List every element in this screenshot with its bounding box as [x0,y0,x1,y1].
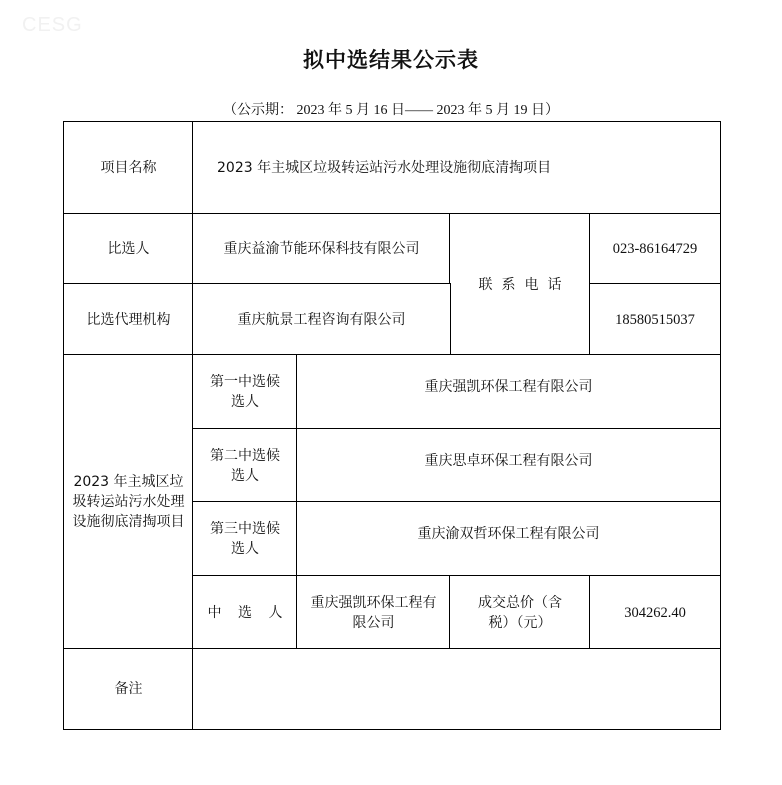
comparer-phone-cell: 023-86164729 [589,213,721,285]
agent-value-cell: 重庆航景工程咨询有限公司 [192,283,451,356]
price-label: 成交总价（含税）（元） [472,593,568,633]
comparer-value: 重庆益渝节能环保科技有限公司 [224,239,420,259]
candidate-1-value: 重庆强凯环保工程有限公司 [425,377,593,397]
winner-label: 中 选 人 [208,603,289,623]
agent-phone: 18580515037 [615,310,695,330]
contact-label-cell: 联系电话 [449,213,591,356]
project-block-label-cell: 2023 年主城区垃圾转运站污水处理设施彻底清掏项目 [63,354,194,650]
page-title: 拟中选结果公示表 [0,44,782,74]
project-name-label-cell: 项目名称 [63,121,194,215]
price-value: 304262.40 [624,603,686,623]
project-block-label: 2023 年主城区垃圾转运站污水处理设施彻底清掏项目 [72,472,185,532]
candidate-3-label: 第三中选候选人 [205,519,285,559]
candidate-2-value: 重庆思卓环保工程有限公司 [425,451,593,471]
remarks-value-cell [192,648,721,730]
winner-label-cell: 中 选 人 [192,575,298,650]
candidate-1-label-cell: 第一中选候选人 [192,354,298,430]
candidate-3-label-cell: 第三中选候选人 [192,501,298,577]
agent-label: 比选代理机构 [87,310,171,330]
remarks-label-cell: 备注 [63,648,194,730]
remarks-label: 备注 [115,679,143,699]
winner-value-cell: 重庆强凯环保工程有限公司 [296,575,451,650]
price-label-cell: 成交总价（含税）（元） [449,575,591,650]
agent-value: 重庆航景工程咨询有限公司 [238,310,406,330]
candidate-1-label: 第一中选候选人 [205,372,285,412]
agent-label-cell: 比选代理机构 [63,283,194,356]
winner-value: 重庆强凯环保工程有限公司 [307,593,440,633]
candidate-2-value-cell: 重庆思卓环保工程有限公司 [296,428,721,503]
candidate-3-value: 重庆渝双哲环保工程有限公司 [418,524,600,544]
comparer-value-cell: 重庆益渝节能环保科技有限公司 [192,213,451,285]
candidate-1-value-cell: 重庆强凯环保工程有限公司 [296,354,721,430]
project-name-value: 2023 年主城区垃圾转运站污水处理设施彻底清掏项目 [217,158,551,178]
contact-label: 联系电话 [479,275,571,295]
candidate-2-label-cell: 第二中选候选人 [192,428,298,503]
price-value-cell: 304262.40 [589,575,721,650]
comparer-label-cell: 比选人 [63,213,194,285]
watermark: CESG [22,14,83,37]
project-name-label: 项目名称 [101,158,157,178]
project-name-value-cell: 2023 年主城区垃圾转运站污水处理设施彻底清掏项目 [192,121,721,215]
agent-phone-cell: 18580515037 [589,283,721,356]
comparer-label: 比选人 [108,239,150,259]
candidate-2-label: 第二中选候选人 [205,446,285,486]
candidate-3-value-cell: 重庆渝双哲环保工程有限公司 [296,501,721,577]
comparer-phone: 023-86164729 [613,239,698,259]
publicity-period: （公示期： 2023 年 5 月 16 日—— 2023 年 5 月 19 日） [0,99,782,119]
